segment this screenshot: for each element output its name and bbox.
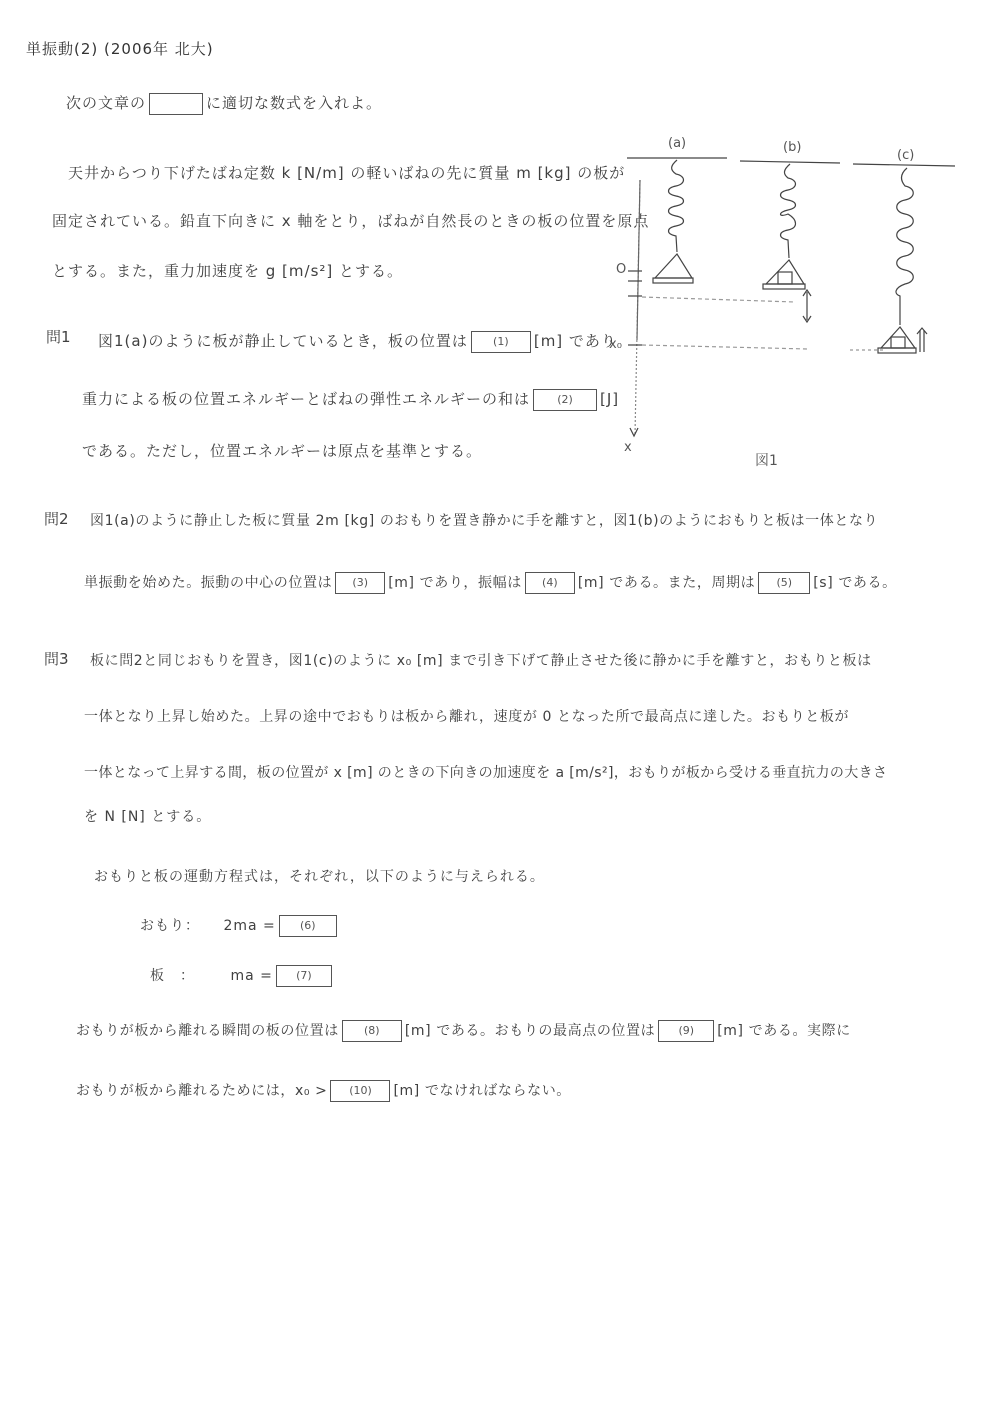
answer-blank-8[interactable]: (8) [342, 1020, 402, 1042]
q3-line-2: 一体となり上昇し始めた。上昇の途中でおもりは板から離れ，速度が 0 となった所で… [84, 706, 849, 726]
q3-line-1: 板に問2と同じおもりを置き，図1(c)のように x₀ [m] まで引き下げて静止… [90, 650, 872, 670]
q1-label: 問1 [46, 326, 71, 347]
q1-line-3: である。ただし，位置エネルギーは原点を基準とする。 [82, 440, 482, 461]
q2-text-after: [s] である。 [813, 575, 896, 591]
figure-caption: 図1 [755, 450, 778, 470]
answer-blank-5[interactable]: (5) [758, 572, 810, 594]
intro-line-1: 天井からつり下げたばね定数 k [N/m] の軽いばねの先に質量 m [kg] … [68, 162, 625, 183]
figure-label-origin: O [616, 262, 626, 277]
q3-eq-intro: おもりと板の運動方程式は，それぞれ，以下のように与えられる。 [94, 866, 545, 886]
intro-line-3: とする。また，重力加速度を g [m/s²] とする。 [52, 260, 403, 281]
answer-blank-2[interactable]: (2) [533, 389, 597, 411]
figure-spring-diagram [600, 130, 980, 480]
q2-line-2: 単振動を始めた。振動の中心の位置は(3)[m] であり，振幅は(4)[m] であ… [84, 572, 897, 594]
q3-text-5-mid: [m] である。おもりの最高点の位置は [405, 1023, 655, 1039]
blank-example [149, 93, 203, 115]
figure-label-c: (c) [897, 148, 914, 163]
eq1-label: おもり： [140, 918, 200, 934]
q2-text: 単振動を始めた。振動の中心の位置は [84, 575, 332, 591]
q1-line-1: 図1(a)のように板が静止しているとき，板の位置は(1)[m] であり [98, 330, 617, 353]
figure-label-x0: x₀ [609, 337, 622, 352]
figure-label-a: (a) [668, 136, 686, 151]
q2-label: 問2 [44, 508, 69, 529]
ceiling-c [853, 164, 955, 166]
intro-line-2: 固定されている。鉛直下向きに x 軸をとり，ばねが自然長のときの板の位置を原点 [52, 210, 649, 231]
answer-blank-6[interactable]: (6) [279, 915, 337, 937]
q3-label: 問3 [44, 648, 69, 669]
q3-eq-2: 板 ： ma =(7) [150, 965, 335, 987]
eq1-lhs: 2ma = [223, 918, 275, 934]
ceiling-b [740, 161, 840, 163]
instruction: 次の文章のに適切な数式を入れよ。 [66, 92, 382, 115]
q3-eq-1: おもり： 2ma =(6) [140, 915, 340, 937]
q1-text-2: 重力による板の位置エネルギーとばねの弾性エネルギーの和は [82, 390, 530, 408]
instruction-before: 次の文章の [66, 94, 146, 112]
answer-blank-9[interactable]: (9) [658, 1020, 714, 1042]
q3-text-6: おもりが板から離れるためには，x₀ > [76, 1083, 327, 1099]
answer-blank-1[interactable]: (1) [471, 331, 531, 353]
eq2-lhs: ma = [230, 968, 272, 984]
q3-text-6-after: [m] でなければならない。 [393, 1083, 570, 1099]
q3-line-4: を N [N] とする。 [84, 806, 211, 826]
q2-text-mid1: [m] であり，振幅は [388, 575, 522, 591]
page-title: 単振動(2) (2006年 北大) [26, 38, 214, 59]
figure-label-b: (b) [783, 140, 801, 155]
q2-text-mid2: [m] である。また，周期は [578, 575, 755, 591]
q3-text-5-after: [m] である。実際に [717, 1023, 851, 1039]
answer-blank-4[interactable]: (4) [525, 572, 575, 594]
eq2-label: 板 ： [150, 968, 195, 984]
q1-text: 図1(a)のように板が静止しているとき，板の位置は [98, 332, 468, 350]
q3-line-6: おもりが板から離れるためには，x₀ >(10)[m] でなければならない。 [76, 1080, 571, 1102]
answer-blank-7[interactable]: (7) [276, 965, 332, 987]
q3-line-3: 一体となって上昇する間，板の位置が x [m] のときの下向きの加速度を a [… [84, 762, 887, 782]
instruction-after: に適切な数式を入れよ。 [206, 94, 382, 112]
answer-blank-3[interactable]: (3) [335, 572, 385, 594]
q3-text-5: おもりが板から離れる瞬間の板の位置は [76, 1023, 339, 1039]
q3-line-5: おもりが板から離れる瞬間の板の位置は(8)[m] である。おもりの最高点の位置は… [76, 1020, 851, 1042]
q1-line-2: 重力による板の位置エネルギーとばねの弾性エネルギーの和は(2)[J] [82, 388, 619, 411]
q2-line-1: 図1(a)のように静止した板に質量 2m [kg] のおもりを置き静かに手を離す… [90, 510, 878, 530]
answer-blank-10[interactable]: (10) [330, 1080, 390, 1102]
figure-label-x-axis: x [624, 440, 632, 455]
